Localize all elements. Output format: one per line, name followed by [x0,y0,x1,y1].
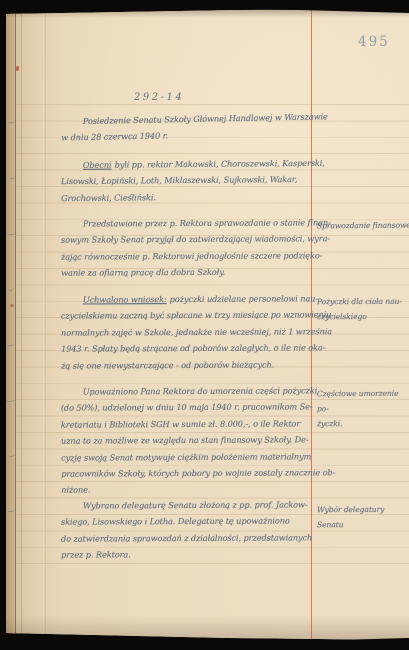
attendance-lead-word: Obecni [83,160,112,170]
manuscript-line: cyzję swoją Senat motywuje ciężkim położ… [61,448,311,466]
manuscript-line: kretariatu i Biblioteki SGH w sumie zł. … [61,415,311,433]
margin-note-line: życzki. [317,416,409,431]
page-number-stamp: 495 [358,34,390,50]
manuscript-line: pracowników Szkoły, których pobory po wo… [61,464,311,482]
manuscript-line: Grochowski, Cieśliński. [61,188,311,207]
manuscript-line: wanie za ofiarną pracę dla dobra Szkoły. [61,264,311,282]
manuscript-line: uzna to za możliwe ze względu na stan fi… [61,432,311,450]
margin-note-line: Pożyczki dla ciała nau- [317,294,409,309]
manuscript-line: żą się one niewystarczające - od poborów… [61,356,311,374]
ink-stain [10,304,14,307]
margin-note-delegation: Wybór delegatury Senatu [317,502,409,532]
manuscript-line: w dniu 28 czerwca 1940 r. [61,125,311,146]
binding-page-edges [6,8,16,641]
margin-note-finance: Sprawozdanie finansowe [317,218,409,234]
manuscript-line: do zatwierdzania sprawozdań z działalnoś… [61,529,311,547]
manuscript-line: skiego, Lisowskiego i Lotha. Delegaturę … [61,513,311,531]
delegation-paragraph: Wybrano delegaturę Senatu złożoną z pp. … [61,496,311,563]
loans-resolution-paragraph: Uchwalono wniosek:pożyczki udzielane per… [61,290,311,373]
margin-note-loans: Pożyczki dla ciała nau- czycielskiego [317,294,409,324]
manuscript-line: sowym Szkoły Senat przyjął do zatwierdza… [61,231,311,249]
manuscript-text: byli pp. rektor Makowski, Choroszewski, … [115,158,325,170]
margin-note-line: Częściowe umorzenie po- [317,386,409,416]
scanned-ledger-photo: 495 292-14 Posiedzenie Senatu Szkoły Głó… [0,0,409,650]
manuscript-line: Wybrano delegaturę Senatu złożoną z pp. … [61,496,311,514]
entry-heading: Posiedzenie Senatu Szkoły Głównej Handlo… [61,109,312,147]
manuscript-line: Lisowski, Łopiński, Loth, Miklaszewski, … [61,171,311,190]
remission-paragraph: Upoważniono Pana Rektora do umorzenia cz… [61,382,312,498]
manuscript-text: pożyczki udzielane personelowi nau- [170,293,318,304]
ink-stain [16,66,19,71]
attendance-paragraph: Obecnibyli pp. rektor Makowski, Chorosze… [61,155,311,206]
margin-note-line: czycielskiego [317,309,409,324]
paper-crease [43,8,46,641]
manuscript-line: normalnych zajęć w Szkole, jednakże nie … [61,323,311,341]
finance-report-paragraph: Przedstawione przez p. Rektora sprawozda… [61,214,311,281]
case-number: 292-14 [134,92,184,103]
page-edge-line [21,8,22,641]
manuscript-line: Przedstawione przez p. Rektora sprawozda… [61,214,311,232]
manuscript-line: Upoważniono Pana Rektora do umorzenia cz… [61,382,311,400]
manuscript-line: przez p. Rektora. [61,546,311,564]
margin-note-remission: Częściowe umorzenie po- życzki. [317,386,409,431]
resolution-lead-words: Uchwalono wniosek: [83,294,167,304]
manuscript-line: (do 50%), udzielonej w dniu 10 maja 1940… [61,399,311,417]
manuscript-line: Uchwalono wniosek:pożyczki udzielane per… [61,290,311,308]
manuscript-line: 1943 r. Spłaty będą strącane od poborów … [61,340,311,358]
ledger-page: 495 292-14 Posiedzenie Senatu Szkoły Głó… [6,8,409,641]
manuscript-line: czycielskiemu zaczną być spłacane w trzy… [61,307,311,325]
manuscript-line: żając równocześnie p. Rektorowi jednogło… [61,247,311,265]
